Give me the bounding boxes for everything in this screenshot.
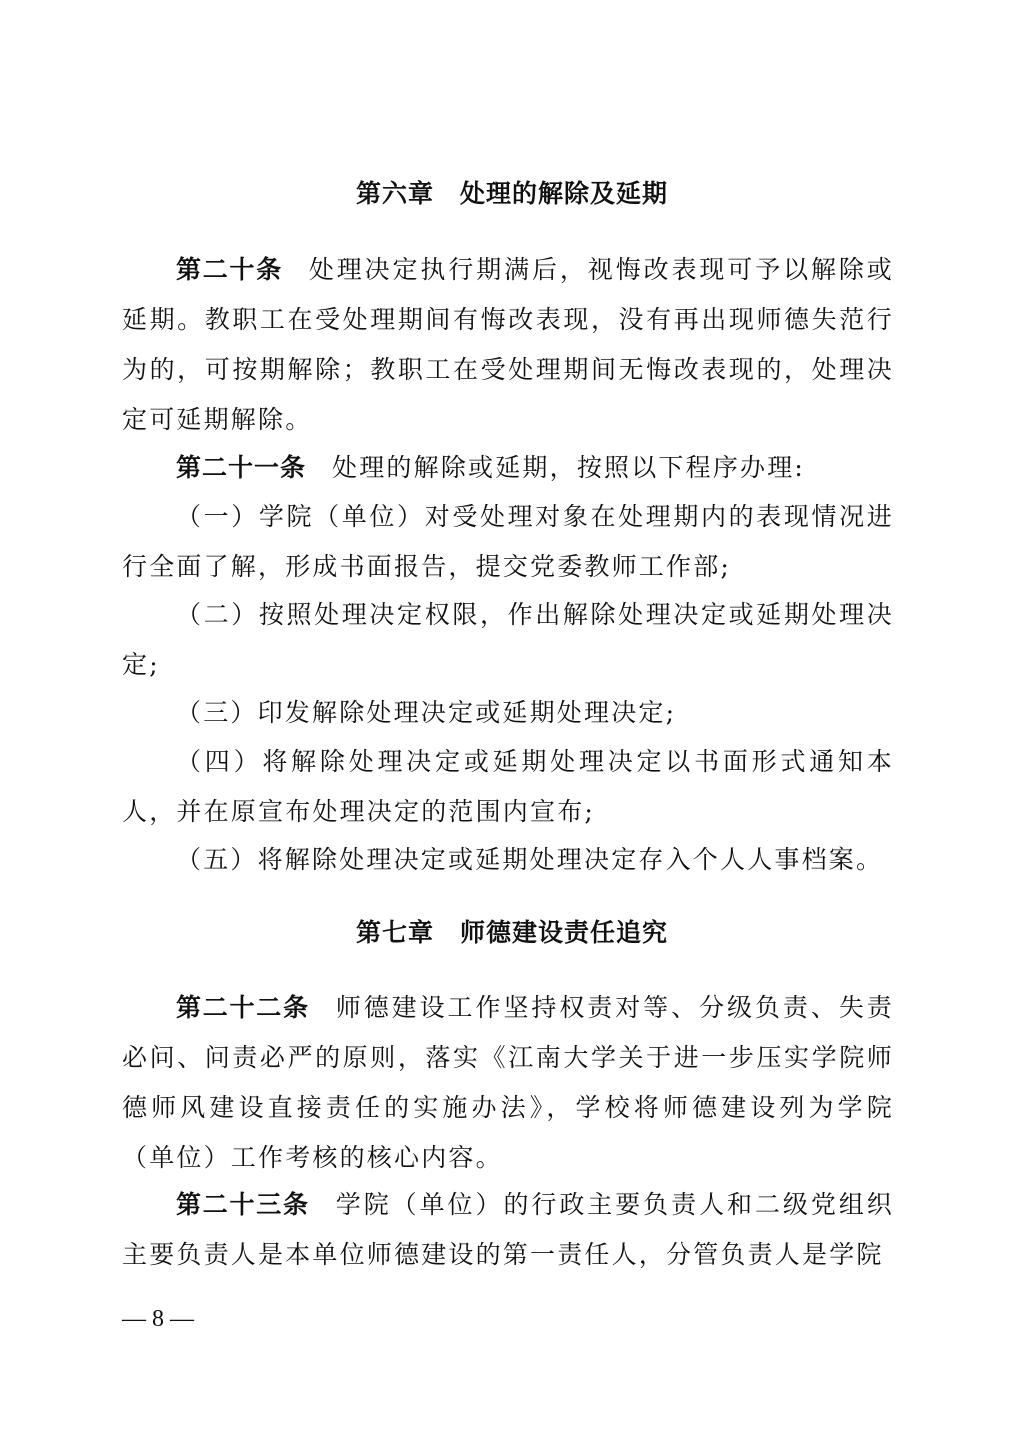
article-21-item-3: （三）印发解除处理决定或延期处理决定; <box>122 688 894 738</box>
article-number: 第二十一条 <box>176 453 306 482</box>
chapter-number: 第六章 <box>356 179 434 208</box>
article-text: 处理的解除或延期，按照以下程序办理: <box>332 453 805 482</box>
document-page: 第六章处理的解除及延期 第二十条处理决定执行期满后，视悔改表现可予以解除或延期。… <box>0 0 1024 1448</box>
article-number: 第二十条 <box>176 255 283 284</box>
article-21-item-5: （五）将解除处理决定或延期处理决定存入个人人事档案。 <box>122 835 894 885</box>
chapter-number: 第七章 <box>356 918 434 947</box>
article-23: 第二十三条学院（单位）的行政主要负责人和二级党组织主要负责人是本单位师德建设的第… <box>122 1180 894 1280</box>
article-22: 第二十二条师德建设工作坚持权责对等、分级负责、失责必问、问责必严的原则，落实《江… <box>122 983 894 1183</box>
article-21: 第二十一条处理的解除或延期，按照以下程序办理: <box>122 443 894 493</box>
chapter-title-text: 师德建设责任追究 <box>460 918 668 947</box>
page-number: — 8 — <box>122 1306 194 1333</box>
chapter-heading-6: 第六章处理的解除及延期 <box>0 174 1024 210</box>
chapter-heading-7: 第七章师德建设责任追究 <box>0 913 1024 949</box>
article-21-item-4: （四）将解除处理决定或延期处理决定以书面形式通知本人，并在原宣布处理决定的范围内… <box>122 737 894 837</box>
chapter-title-text: 处理的解除及延期 <box>460 179 668 208</box>
article-21-item-1: （一）学院（单位）对受处理对象在处理期内的表现情况进行全面了解，形成书面报告，提… <box>122 492 894 592</box>
article-number: 第二十二条 <box>176 993 310 1022</box>
article-20: 第二十条处理决定执行期满后，视悔改表现可予以解除或延期。教职工在受处理期间有悔改… <box>122 245 894 445</box>
article-21-item-2: （二）按照处理决定权限，作出解除处理决定或延期处理决定; <box>122 590 894 690</box>
article-number: 第二十三条 <box>176 1190 310 1219</box>
